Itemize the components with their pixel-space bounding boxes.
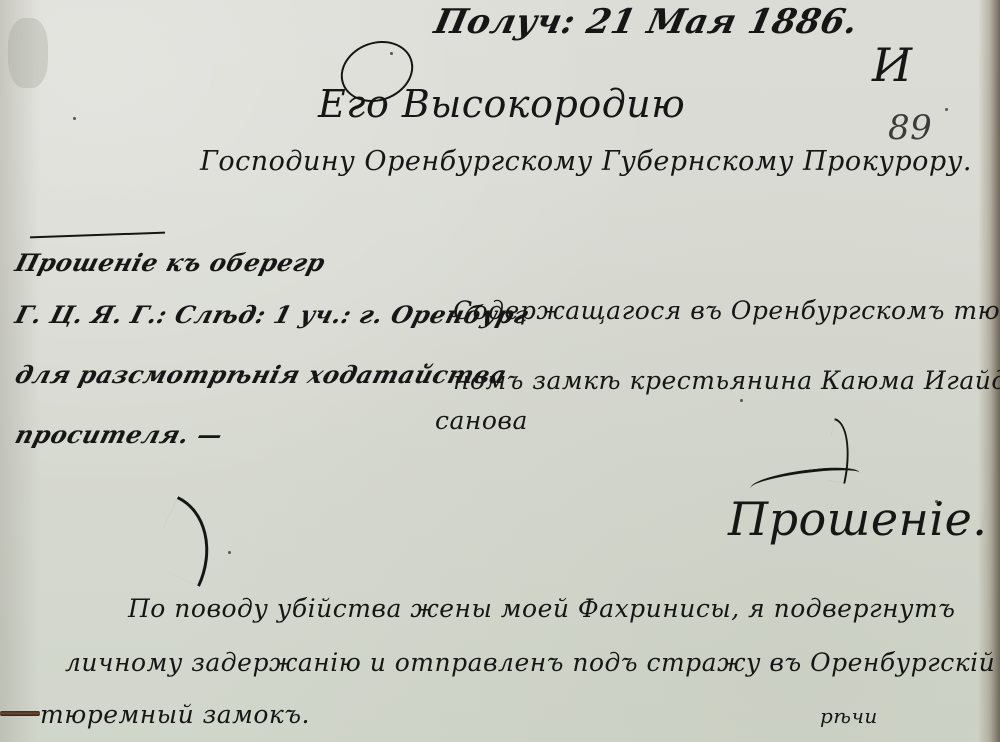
paper-stain [8,18,48,88]
margin-note-line-4: просителя. — [12,420,226,449]
body-line-3: тюремный замокъ. [40,700,310,729]
paper-speck [228,551,231,554]
petition-title: Прошеніе. [728,492,987,546]
binding-thread [0,711,40,716]
registry-number-mark: 89 [888,108,932,148]
margin-note-overline [30,232,165,239]
body-line-2: личному задержанію и отправленъ подъ стр… [65,648,995,677]
document-page: Получ: 21 Мая 1886. Его Высокородию Госп… [0,0,1000,742]
paper-speck [945,108,948,111]
margin-note-line-3: для разсмотрѣнія ходатайства [12,360,510,389]
addressee-line: Господину Оренбургскому Губернскому Прок… [200,146,972,177]
paragraph-flourish [147,496,230,587]
paper-speck [73,117,76,120]
received-date-note: Получ: 21 Мая 1886. [431,2,862,42]
margin-note-line-1: Прошеніе къ оберегр [12,248,329,277]
registry-letter-mark: И [872,38,913,92]
page-catchword: рѣчи [820,704,878,728]
subject-line-2: номъ замкѣ крестьянина Каюма Игайды [453,366,1000,395]
body-line-1: По поводу убійства жены моей Фахринисы, … [128,594,955,623]
paper-speck [740,399,743,402]
honorific-heading: Его Высокородию [318,82,685,126]
subject-line-1: Содержащагося въ Оренбургскомъ тюрем [453,296,1000,325]
subject-line-3: санова [435,406,528,435]
